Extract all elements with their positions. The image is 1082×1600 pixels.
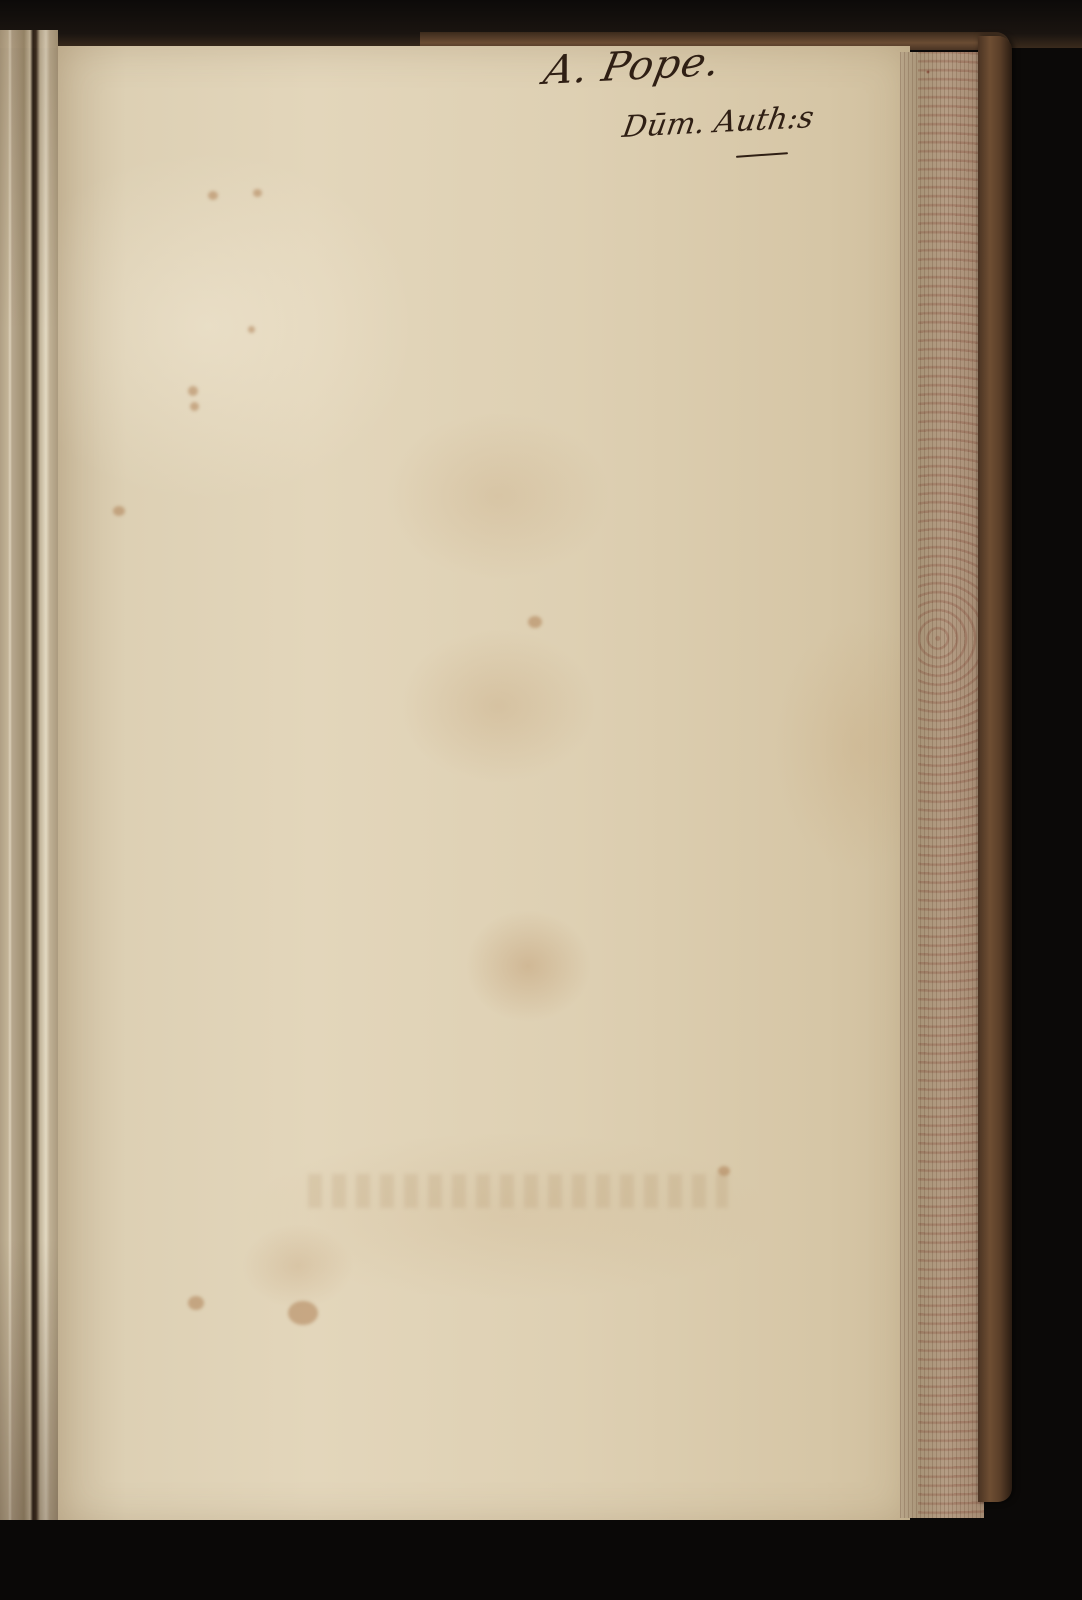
previous-leaf-edge [0,30,58,1540]
foxing-spot [188,1296,204,1310]
page-block-fore-edge [900,52,984,1518]
foxing-spot [528,616,542,628]
foxing-spot [253,189,262,197]
inscription-donum-authoris: Dūm. Auth:s [620,100,816,145]
foxing-spot [248,326,255,333]
foxing-spot [190,402,199,411]
dark-background-bottom [0,1520,1082,1600]
bleed-through-text [308,1174,728,1208]
foxing-spot [113,506,125,516]
inscription-signature: A. Pope. [540,39,725,94]
leather-binding [978,36,1012,1502]
foxing-spot [188,386,198,396]
foxing-spot [208,191,218,200]
photo-frame: A. Pope. Dūm. Auth:s [0,0,1082,1600]
handwritten-inscription: A. Pope. Dūm. Auth:s [540,26,830,156]
foxing-spot [288,1301,318,1325]
flyleaf-page [58,46,910,1524]
